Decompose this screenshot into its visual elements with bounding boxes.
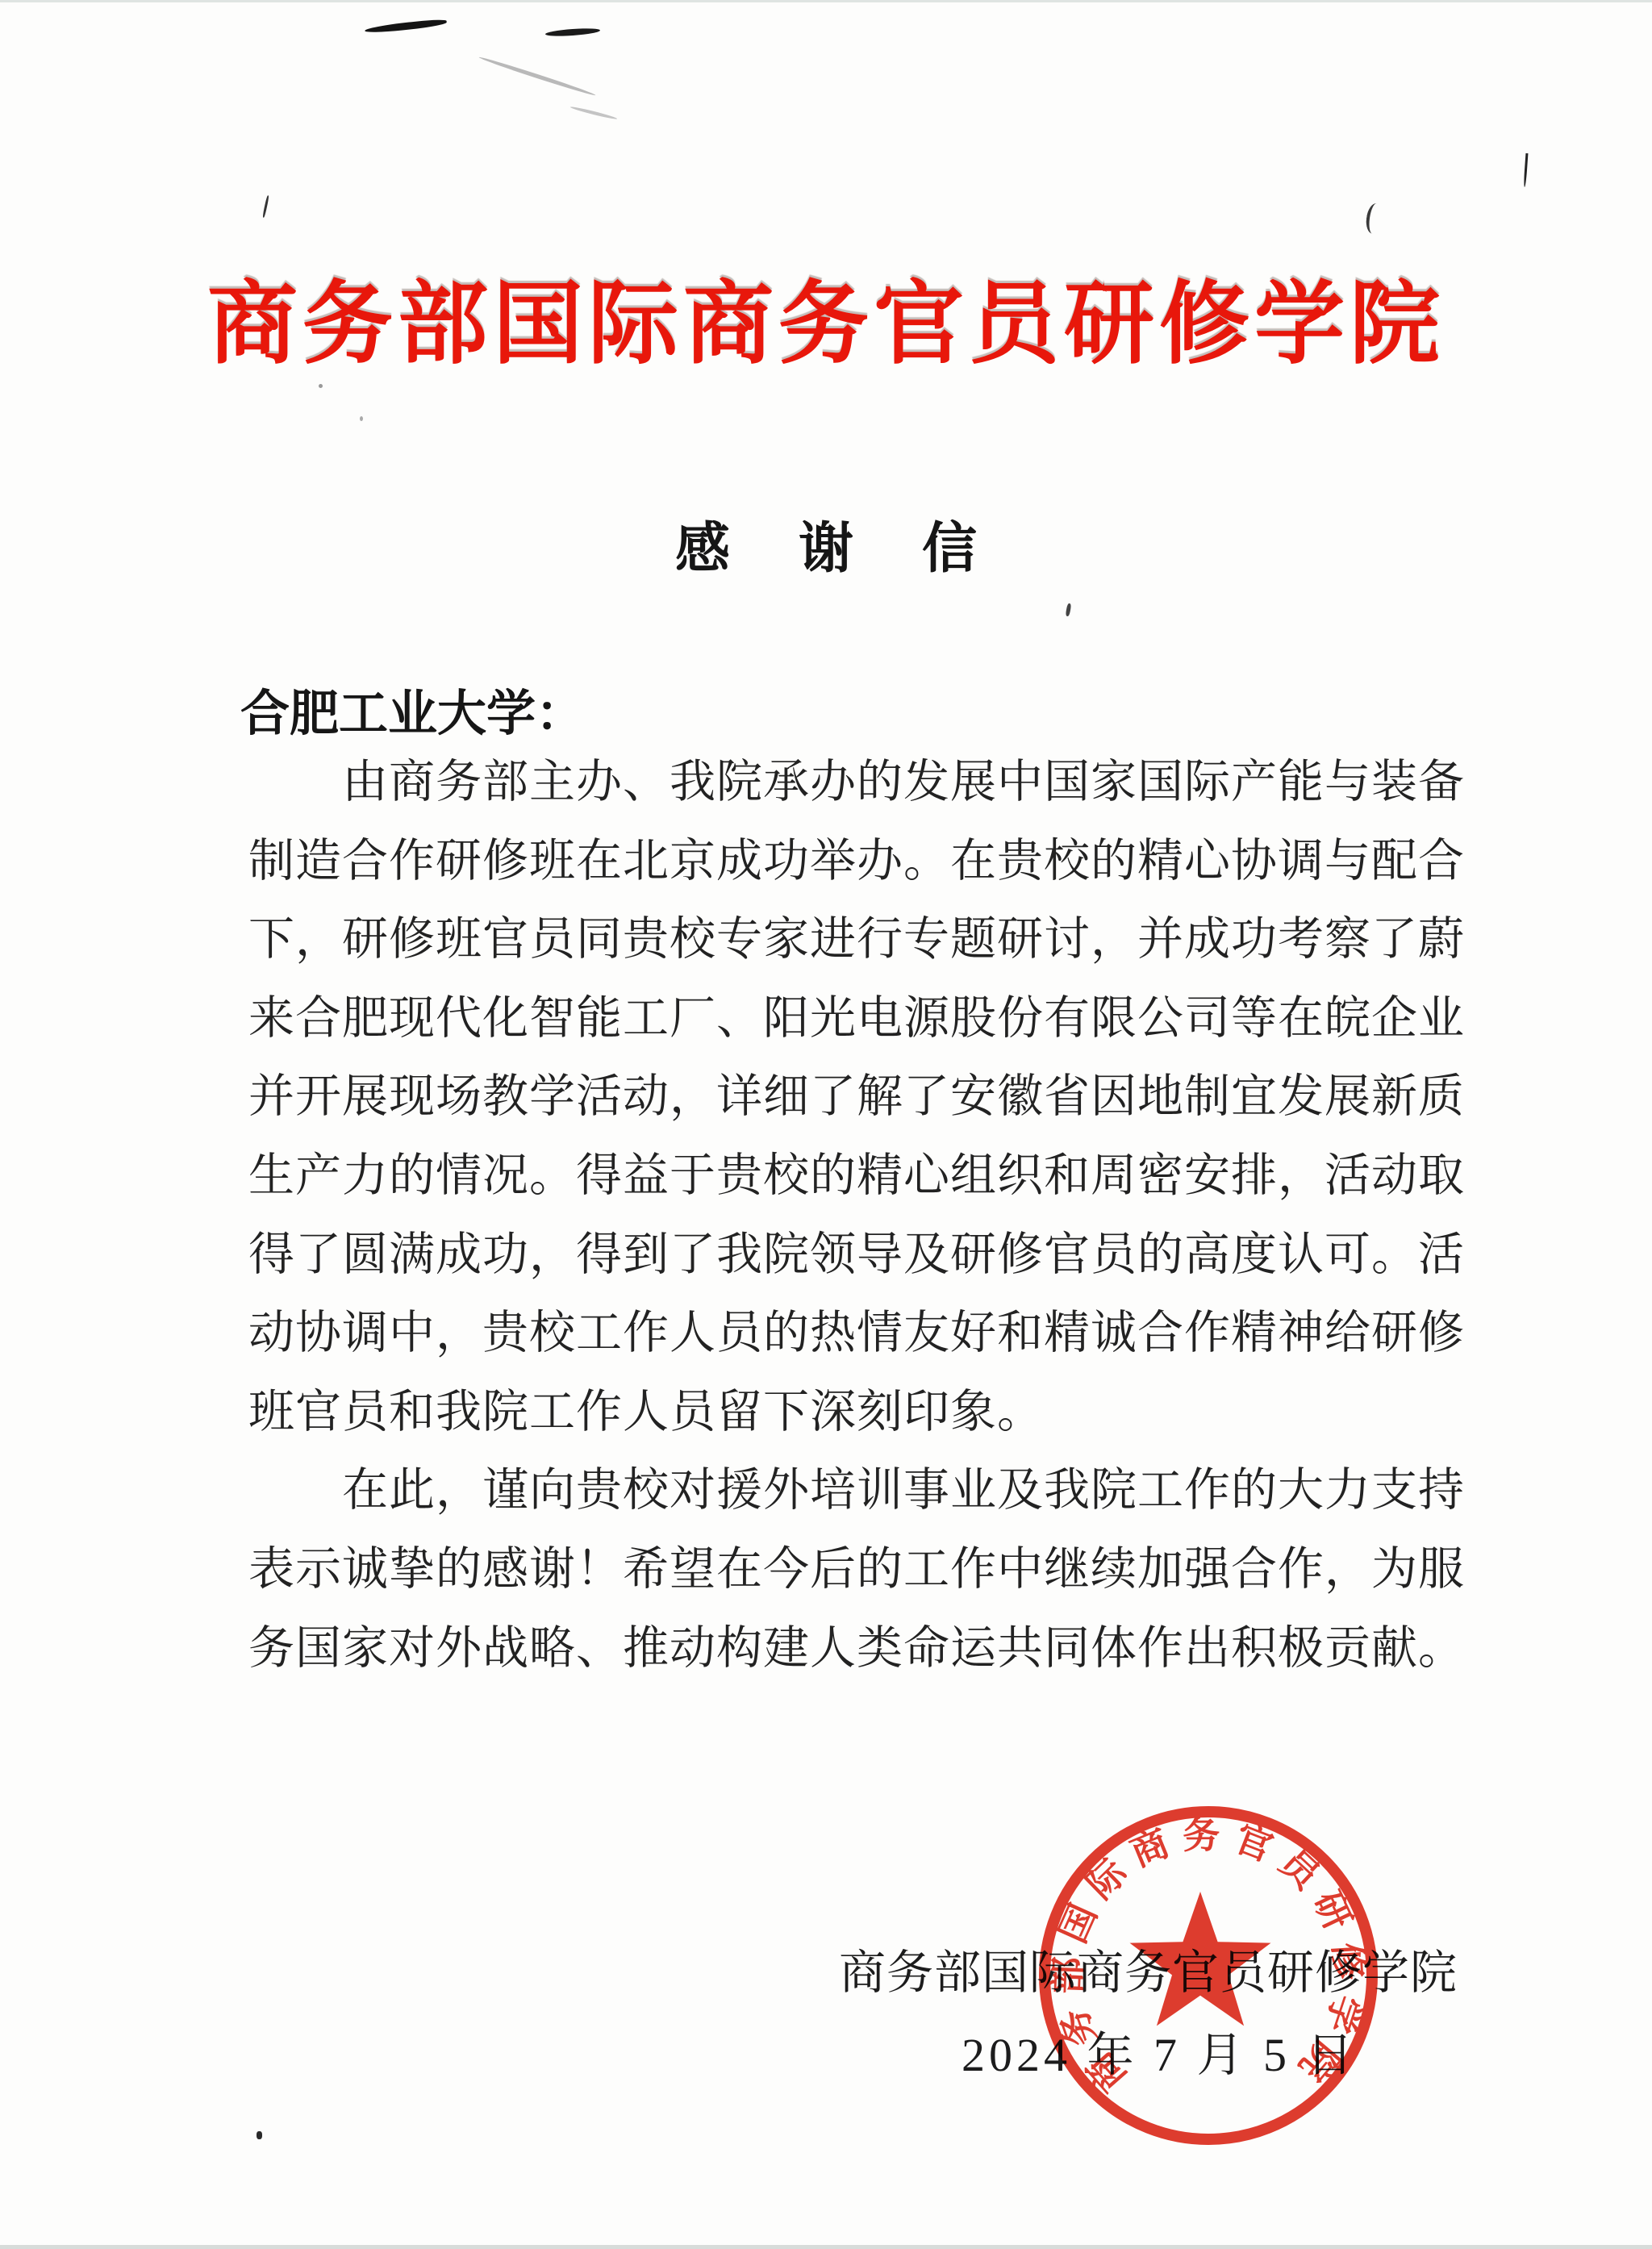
body-line: 表示诚挚的感谢！希望在今后的工作中继续加强合作，为服 [248,1530,1483,1609]
letter-body: 由商务部主办、我院承办的发展中国家国际产能与装备 制造合作研修班在北京成功举办。… [248,743,1483,1688]
body-line: 班官员和我院工作人员留下深刻印象。 [248,1373,1483,1452]
body-line: 务国家对外战略、推动构建人类命运共同体作出积极贡献。 [248,1609,1483,1688]
body-line: 由商务部主办、我院承办的发展中国家国际产能与装备 [248,743,1483,822]
scan-artifact [478,56,596,98]
body-line: 来合肥现代化智能工厂、阳光电源股份有限公司等在皖企业 [248,979,1483,1058]
scan-artifact [0,0,1652,2]
scan-artifact [1364,202,1384,235]
star-icon [1130,1892,1271,2026]
body-line: 动协调中，贵校工作人员的热情友好和精诚合作精神给研修 [248,1294,1483,1373]
salutation: 合肥工业大学： [240,674,585,745]
body-line: 生产力的情况。得益于贵校的精心组织和周密安排，活动取 [248,1137,1483,1216]
scan-artifact [319,384,323,388]
scan-artifact [545,27,600,38]
body-line: 下，研修班官员同贵校专家进行专题研讨，并成功考察了蔚 [248,900,1483,979]
body-line: 并开展现场教学活动，详细了解了安徽省因地制宜发展新质 [248,1058,1483,1137]
scan-artifact [257,2131,262,2139]
scan-artifact [569,106,617,120]
body-line: 制造合作研修班在北京成功举办。在贵校的精心协调与配合 [248,822,1483,901]
scan-artifact [1066,603,1072,617]
scan-artifact [262,195,269,218]
scan-artifact [360,416,363,421]
scanned-letter-page: 商务部国际商务官员研修学院 感 谢 信 合肥工业大学： 由商务部主办、我院承办的… [0,0,1652,2249]
scan-artifact [365,19,447,35]
letter-title: 感 谢 信 [0,505,1652,583]
scan-artifact [0,2245,1652,2249]
body-line: 得了圆满成功，得到了我院领导及研修官员的高度认可。活 [248,1216,1483,1295]
body-line: 在此，谨向贵校对援外培训事业及我院工作的大力支持 [248,1451,1483,1530]
official-seal: 商务部国际商务官员研修学院 [1013,1780,1404,2171]
letterhead-title: 商务部国际商务官员研修学院 [0,252,1652,382]
scan-artifact [1524,153,1529,187]
